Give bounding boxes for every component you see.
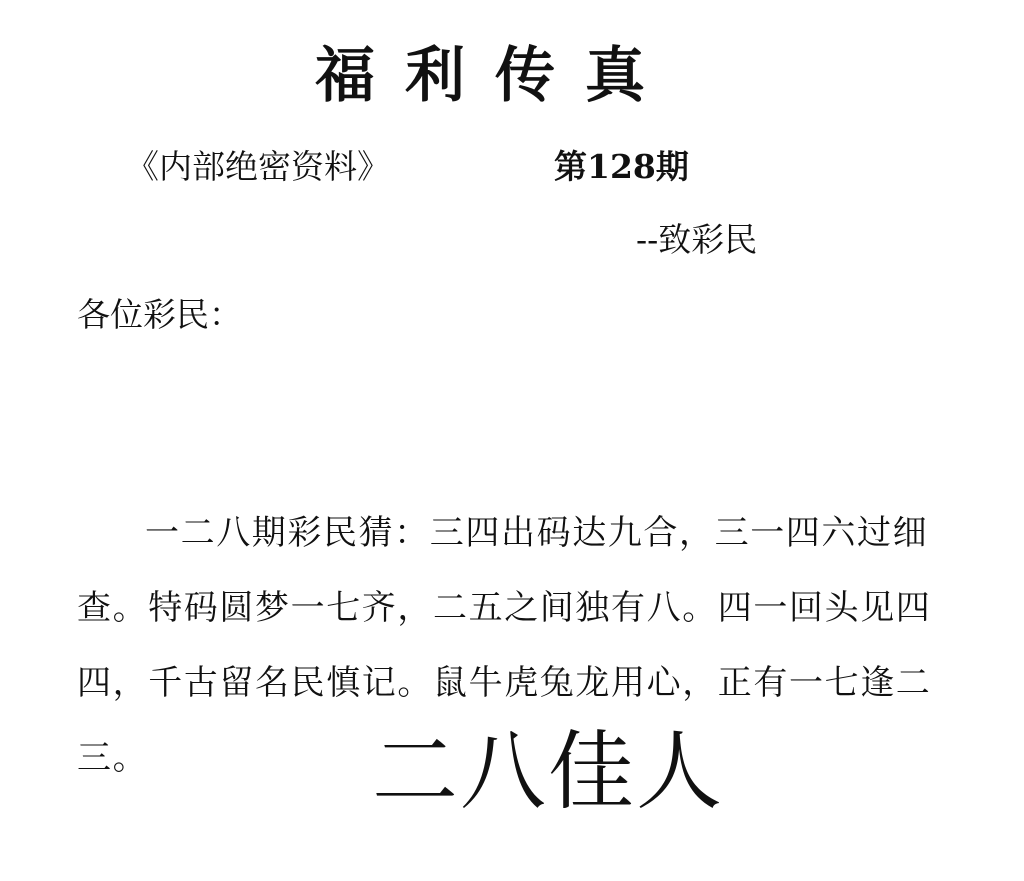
confidential-label: 《内部绝密资料》 — [126, 146, 390, 188]
highlight-phrase: 二八佳人 — [372, 720, 724, 824]
greeting: 各位彩民： — [77, 294, 242, 336]
document-title: 福利传真 — [0, 38, 960, 114]
addressed-to: --致彩民 — [636, 219, 757, 261]
issue-number: 第128期 — [554, 146, 689, 188]
